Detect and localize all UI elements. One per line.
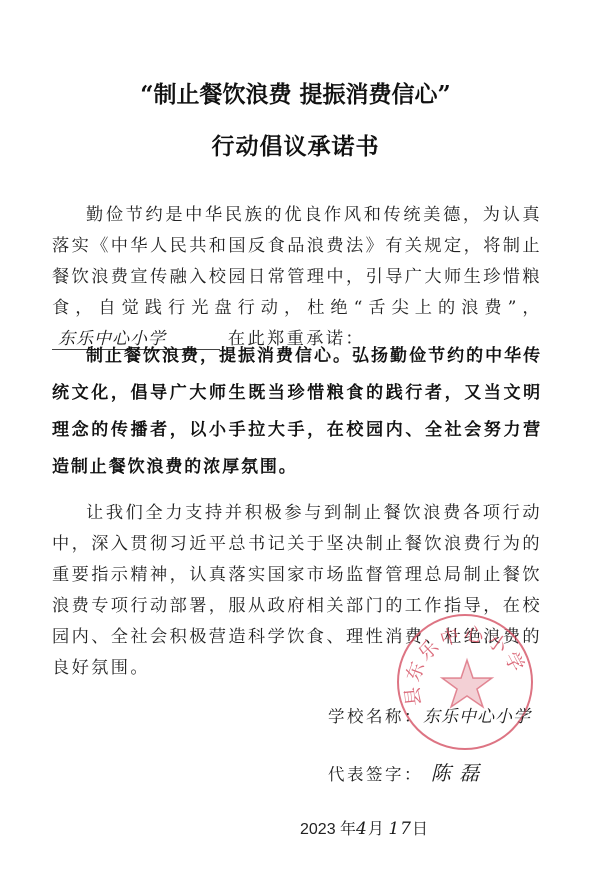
representative-row: 代表签字： 陈 磊 [328, 757, 480, 786]
date-year: 2023 年 [300, 821, 356, 838]
representative-signature: 陈 磊 [431, 761, 480, 785]
signing-date: 2023 年4月 17日 [300, 816, 428, 839]
school-seal-stamp: 县东乐中心小学 [397, 614, 533, 750]
school-name-row: 学校名称：东乐中心小学 [328, 702, 531, 727]
paragraph-intro: 勤俭节约是中华民族的优良作风和传统美德，为认真落实《中华人民共和国反食品浪费法》… [52, 200, 542, 355]
school-name-signature: 东乐中心小学 [423, 707, 531, 727]
date-day-label: 日 [412, 821, 428, 838]
paragraph-commitment: 制止餐饮浪费，提振消费信心。弘扬勤俭节约的中华传统文化，倡导广大师生既当珍惜粮食… [52, 338, 542, 486]
date-month-handwritten: 4 [356, 819, 368, 839]
document-title-line1: “制止餐饮浪费 提振消费信心” [0, 76, 591, 109]
date-month-label: 月 [368, 821, 384, 838]
paragraph-intro-text: 勤俭节约是中华民族的优良作风和传统美德，为认真落实《中华人民共和国反食品浪费法》… [52, 205, 542, 318]
date-day-handwritten: 17 [388, 819, 412, 839]
representative-label: 代表签字： [328, 765, 423, 784]
school-name-label: 学校名称： [328, 707, 423, 726]
document-title-line2: 行动倡议承诺书 [0, 128, 591, 161]
seal-star-icon: 县东乐中心小学 [399, 616, 535, 752]
